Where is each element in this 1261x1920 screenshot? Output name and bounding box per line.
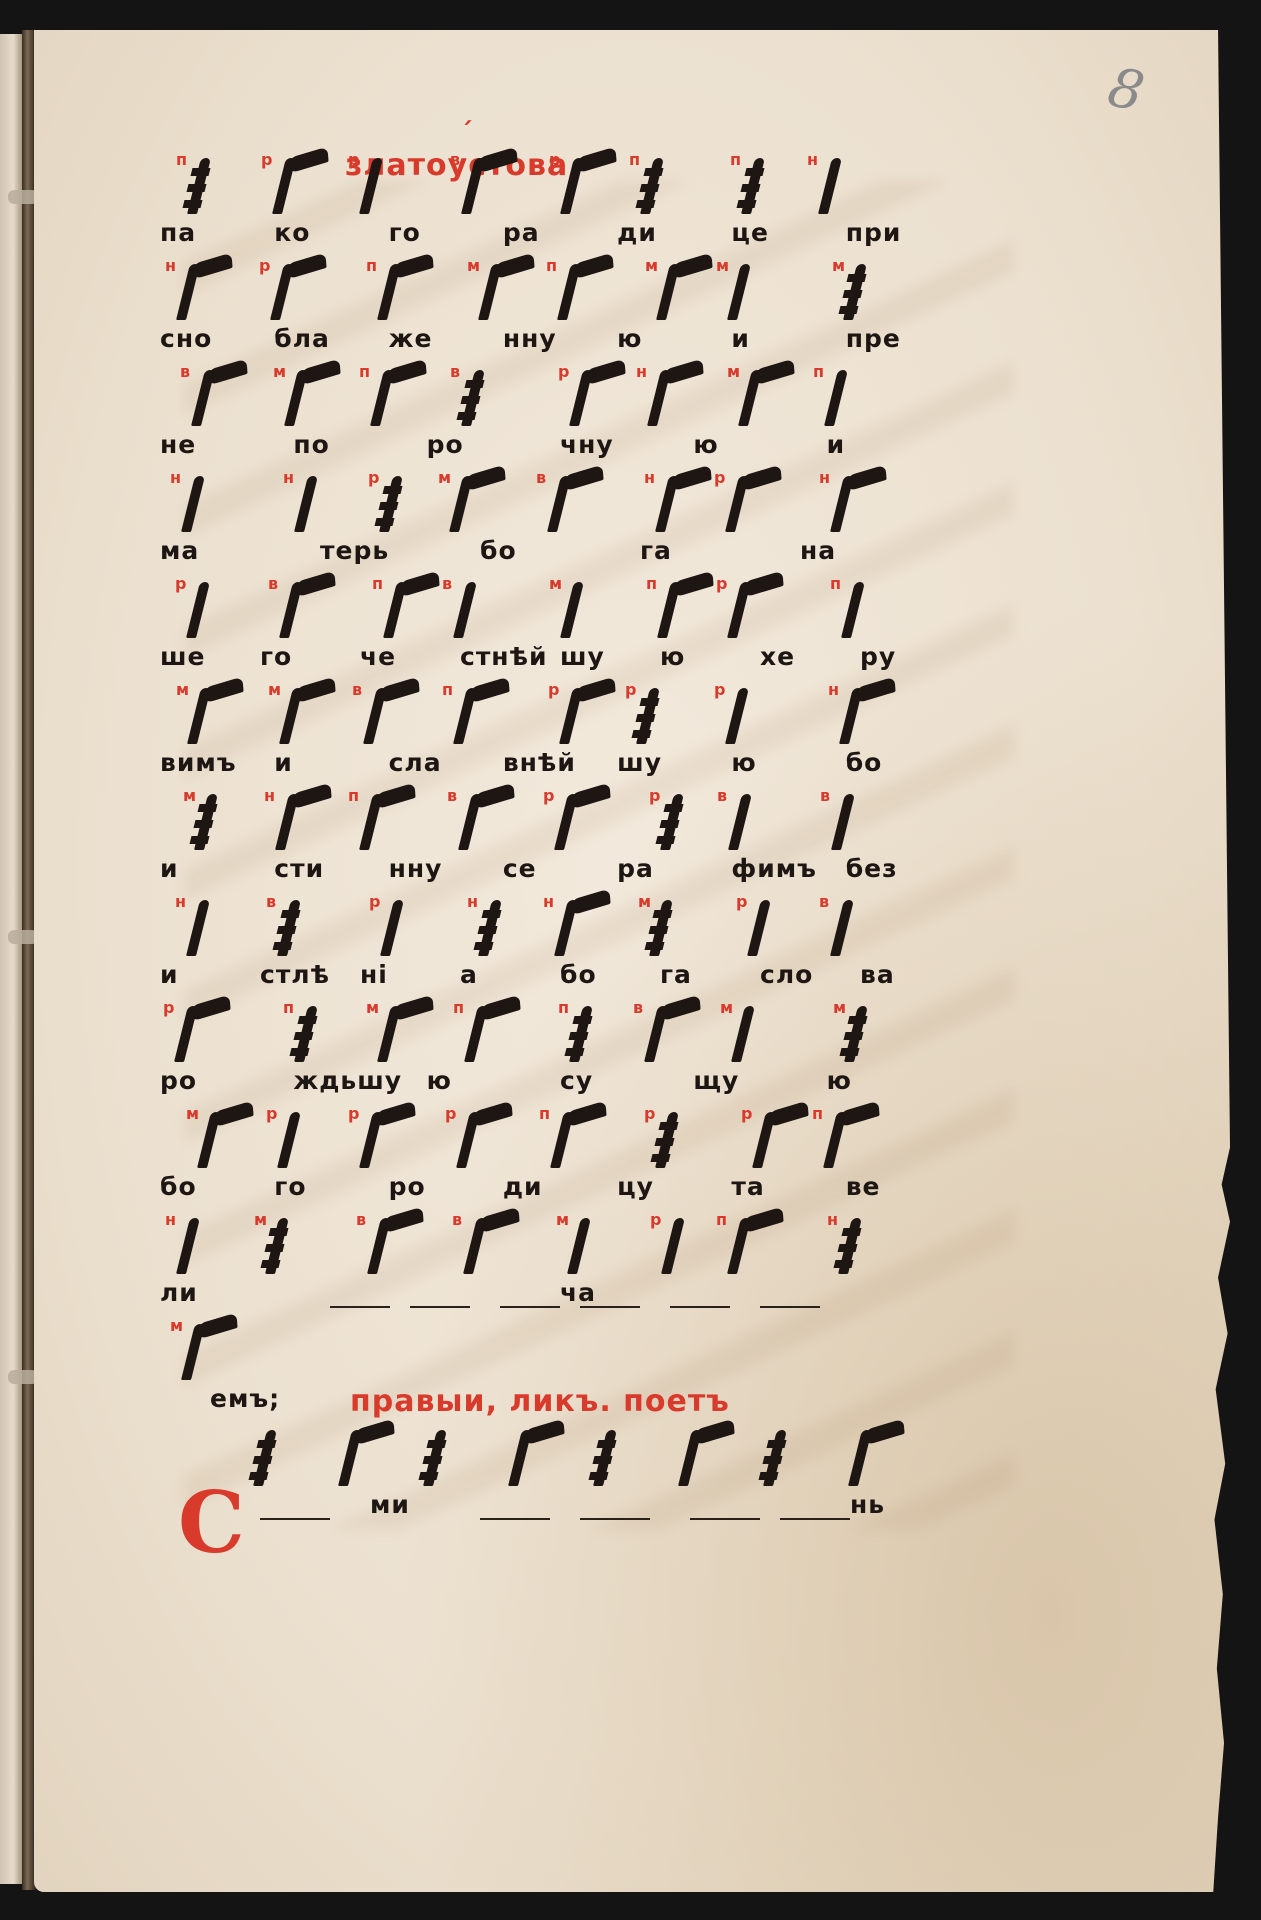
red-pitch-mark: н	[165, 1210, 176, 1229]
melisma-line	[780, 1518, 850, 1520]
red-pitch-mark: м	[366, 998, 379, 1017]
previous-leaf-edge	[0, 34, 23, 1884]
neume-sign	[644, 1006, 668, 1062]
neume-sign	[738, 370, 762, 426]
syllable: стлѣ	[260, 960, 330, 989]
syllable: ми	[370, 1490, 410, 1519]
syllable: и	[827, 430, 846, 459]
syllable: ру	[860, 642, 896, 671]
neume-sign	[359, 1112, 383, 1168]
neume-sign	[464, 1006, 488, 1062]
red-pitch-mark: р	[445, 1104, 456, 1123]
syllable: сти	[274, 854, 324, 883]
neume-sign	[725, 476, 749, 532]
syllable-line: непорочнуюи	[150, 430, 980, 464]
neume-sign	[186, 582, 210, 638]
red-pitch-mark: в	[268, 574, 278, 593]
syllable: ю	[617, 324, 642, 353]
neume-sign	[383, 582, 407, 638]
syllable: су	[560, 1066, 593, 1095]
syllable: хе	[760, 642, 795, 671]
red-pitch-mark: м	[467, 256, 480, 275]
neume-row: нмввмрпн	[150, 1210, 980, 1280]
red-pitch-mark: п	[629, 150, 640, 169]
syllable: ю	[693, 430, 718, 459]
neume-sign	[187, 688, 211, 744]
neume-row: рпмппвмм	[150, 998, 980, 1068]
chant-line: рвпвмпрпшегочестнѣйшуюхеру	[150, 574, 980, 680]
red-pitch-mark: р	[741, 1104, 752, 1123]
red-pitch-mark: в	[820, 786, 830, 805]
neume-sign	[844, 1006, 868, 1062]
red-pitch-mark: м	[254, 1210, 267, 1229]
melisma-line	[480, 1518, 550, 1520]
syllable: щу	[693, 1066, 739, 1095]
syllable-line: пакогорадицепри	[150, 218, 980, 252]
red-pitch-mark: м	[645, 256, 658, 275]
red-pitch-mark: п	[359, 362, 370, 381]
syllable: и	[160, 854, 179, 883]
neume-sign	[187, 158, 211, 214]
syllable-line: богородицутаве	[150, 1172, 980, 1206]
neume-sign	[727, 1218, 751, 1274]
neume-sign	[763, 1430, 787, 1486]
red-pitch-mark: м	[833, 998, 846, 1017]
melisma-line	[760, 1306, 820, 1308]
neume-sign	[747, 900, 771, 956]
syllable-line: шегочестнѣйшуюхеру	[150, 642, 980, 676]
red-pitch-mark: м	[716, 256, 729, 275]
neume-sign	[560, 582, 584, 638]
melisma-line	[690, 1518, 760, 1520]
neume-sign	[363, 688, 387, 744]
neume-sign	[186, 900, 210, 956]
folio-number: 8	[1103, 55, 1150, 124]
red-pitch-mark: м	[438, 468, 451, 487]
neume-sign	[277, 1112, 301, 1168]
red-pitch-mark: п	[442, 680, 453, 699]
red-pitch-mark: н	[543, 892, 554, 911]
syllable: ше	[160, 642, 206, 671]
red-pitch-mark: в	[442, 574, 452, 593]
syllable: пре	[846, 324, 901, 353]
red-pitch-mark: в	[450, 362, 460, 381]
syllable: же	[389, 324, 433, 353]
red-pitch-mark: р	[649, 786, 660, 805]
syllable: на	[800, 536, 836, 565]
neume-sign	[557, 264, 581, 320]
neume-sign	[636, 688, 660, 744]
melisma-line	[670, 1306, 730, 1308]
red-pitch-mark: м	[549, 574, 562, 593]
red-pitch-mark: п	[546, 256, 557, 275]
neume-row: мнпвррвв	[150, 786, 980, 856]
red-pitch-mark: м	[727, 362, 740, 381]
chant-line: мемъ;правыи, ликъ. поетъ	[150, 1316, 980, 1422]
neume-row: рвпвмпрп	[150, 574, 980, 644]
red-pitch-mark: п	[372, 574, 383, 593]
red-pitch-mark: р	[625, 680, 636, 699]
neume-sign	[359, 794, 383, 850]
red-pitch-mark: н	[264, 786, 275, 805]
red-pitch-mark: м	[273, 362, 286, 381]
neume-sign	[839, 688, 863, 744]
neume-row: нврннмрв	[150, 892, 980, 962]
neume-row: ннрмвнрн	[150, 468, 980, 538]
red-pitch-mark: р	[369, 892, 380, 911]
red-pitch-mark: р	[266, 1104, 277, 1123]
syllable: ро	[427, 430, 464, 459]
syllable: ве	[846, 1172, 881, 1201]
neume-sign	[656, 264, 680, 320]
red-pitch-mark: в	[266, 892, 276, 911]
chant-line: нрпмпмммсноблаженнуюипре	[150, 256, 980, 362]
red-pitch-mark: в	[633, 998, 643, 1017]
red-pitch-mark: п	[558, 998, 569, 1017]
neume-sign	[463, 1218, 487, 1274]
neume-sign	[174, 1006, 198, 1062]
red-initial: С	[178, 1478, 248, 1568]
red-pitch-mark: р	[716, 574, 727, 593]
syllable: бо	[846, 748, 883, 777]
neume-sign	[277, 900, 301, 956]
neume-row	[150, 1422, 980, 1492]
red-pitch-mark: п	[539, 1104, 550, 1123]
red-pitch-mark: в	[536, 468, 546, 487]
neume-row: нрпмпммм	[150, 256, 980, 326]
syllable: ю	[731, 748, 756, 777]
red-pitch-mark: р	[348, 150, 359, 169]
syllable: ко	[274, 218, 310, 247]
neume-sign	[197, 1112, 221, 1168]
neume-sign	[377, 1006, 401, 1062]
syllable: ю	[827, 1066, 852, 1095]
neume-sign	[640, 158, 664, 214]
syllable: па	[160, 218, 196, 247]
red-pitch-mark: п	[646, 574, 657, 593]
red-pitch-mark: м	[832, 256, 845, 275]
syllable-line: вимъиславнѣйшуюбо	[150, 748, 980, 782]
red-pitch-mark: р	[259, 256, 270, 275]
syllable: ю	[427, 1066, 452, 1095]
syllable: бо	[560, 960, 597, 989]
red-pitch-mark: п	[830, 574, 841, 593]
syllable: при	[846, 218, 902, 247]
neume-sign	[841, 582, 865, 638]
red-pitch-mark: в	[450, 150, 460, 169]
neume-sign	[458, 794, 482, 850]
syllable-line: сноблаженнуюипре	[150, 324, 980, 358]
syllable: чну	[560, 430, 614, 459]
chant-line: мрррпррпбогородицутаве	[150, 1104, 980, 1210]
syllable: вимъ	[160, 748, 237, 777]
neume-sign	[508, 1430, 532, 1486]
neume-sign	[824, 370, 848, 426]
syllable: и	[160, 960, 179, 989]
syllable: емъ;	[210, 1384, 280, 1413]
red-pitch-mark: м	[638, 892, 651, 911]
red-pitch-mark: в	[447, 786, 457, 805]
neume-sign	[655, 1112, 679, 1168]
neume-sign	[284, 370, 308, 426]
melisma-line	[410, 1306, 470, 1308]
neume-sign	[727, 582, 751, 638]
red-pitch-mark: м	[176, 680, 189, 699]
neume-sign	[554, 900, 578, 956]
red-pitch-mark: н	[165, 256, 176, 275]
neume-sign	[449, 476, 473, 532]
neume-sign	[456, 1112, 480, 1168]
syllable: бо	[480, 536, 517, 565]
syllable: се	[503, 854, 537, 883]
syllable-line: лича	[150, 1278, 980, 1312]
red-pitch-mark: п	[176, 150, 187, 169]
syllable-line: емъ;правыи, ликъ. поетъ	[150, 1384, 980, 1418]
neume-row: м	[150, 1316, 980, 1386]
neume-sign	[731, 1006, 755, 1062]
red-pitch-mark: в	[452, 1210, 462, 1229]
neume-sign	[275, 794, 299, 850]
syllable: че	[360, 642, 396, 671]
neume-sign	[453, 582, 477, 638]
rubric-instruction: правыи, ликъ. поетъ	[350, 1384, 730, 1419]
neume-sign	[370, 370, 394, 426]
syllable: нну	[389, 854, 443, 883]
neume-sign	[191, 370, 215, 426]
neume-sign	[367, 1218, 391, 1274]
binding-stitch	[8, 190, 38, 204]
syllable: та	[731, 1172, 764, 1201]
red-pitch-mark: р	[714, 468, 725, 487]
red-pitch-mark: р	[368, 468, 379, 487]
binding-stitch	[8, 1370, 38, 1384]
neume-row: ммвпрррн	[150, 680, 980, 750]
syllable: терь	[320, 536, 389, 565]
neume-sign	[377, 264, 401, 320]
red-pitch-mark: м	[268, 680, 281, 699]
red-pitch-mark: н	[636, 362, 647, 381]
neume-sign	[831, 794, 855, 850]
red-pitch-mark: р	[163, 998, 174, 1017]
red-pitch-mark: н	[175, 892, 186, 911]
neume-sign	[649, 900, 673, 956]
syllable: по	[293, 430, 329, 459]
syllable: ва	[860, 960, 895, 989]
chant-line: мнпвррввистиннусерафимъбез	[150, 786, 980, 892]
red-pitch-mark: в	[356, 1210, 366, 1229]
chant-line: вмпврнмпнепорочнуюи	[150, 362, 980, 468]
neume-sign	[554, 794, 578, 850]
red-pitch-mark: р	[348, 1104, 359, 1123]
neume-sign	[270, 264, 294, 320]
neume-sign	[593, 1430, 617, 1486]
neume-sign	[461, 158, 485, 214]
syllable: бла	[274, 324, 330, 353]
syllable-line: матерьбогана	[150, 536, 980, 570]
neume-sign	[567, 1218, 591, 1274]
red-pitch-mark: п	[716, 1210, 727, 1229]
red-pitch-mark: р	[548, 680, 559, 699]
neume-sign	[569, 370, 593, 426]
chant-line: ннрмвнрнматерьбогана	[150, 468, 980, 574]
red-pitch-mark: п	[730, 150, 741, 169]
red-pitch-mark: в	[717, 786, 727, 805]
neume-sign	[547, 476, 571, 532]
red-pitch-mark: р	[714, 680, 725, 699]
red-pitch-mark: р	[650, 1210, 661, 1229]
neume-sign	[550, 1112, 574, 1168]
syllable: и	[274, 748, 293, 777]
syllable: ли	[160, 1278, 198, 1307]
syllable: ю	[660, 642, 685, 671]
neume-sign	[423, 1430, 447, 1486]
red-pitch-mark: н	[819, 468, 830, 487]
syllable-line: рождьшуюсущую	[150, 1066, 980, 1100]
heading-accent: ́	[473, 118, 474, 148]
final-chant-line: минь	[150, 1422, 980, 1528]
neume-sign	[379, 476, 403, 532]
chant-line: пррврппнпакогорадицепри	[150, 150, 980, 256]
red-pitch-mark: п	[812, 1104, 823, 1123]
red-pitch-mark: м	[183, 786, 196, 805]
red-pitch-mark: п	[813, 362, 824, 381]
binding-stitch	[8, 930, 38, 944]
syllable: внѣй	[503, 748, 576, 777]
syllable: сла	[389, 748, 442, 777]
melisma-line	[580, 1518, 650, 1520]
red-pitch-mark: м	[170, 1316, 183, 1335]
red-pitch-mark: м	[186, 1104, 199, 1123]
syllable: ди	[503, 1172, 543, 1201]
chant-line: ммвпрррнвимъиславнѣйшуюбо	[150, 680, 980, 786]
neume-sign	[338, 1430, 362, 1486]
neume-sign	[569, 1006, 593, 1062]
red-pitch-mark: в	[180, 362, 190, 381]
red-pitch-mark: р	[261, 150, 272, 169]
syllable: без	[846, 854, 898, 883]
red-pitch-mark: п	[283, 998, 294, 1017]
neume-sign	[728, 794, 752, 850]
neume-sign	[265, 1218, 289, 1274]
neume-sign	[461, 370, 485, 426]
melisma-line	[500, 1306, 560, 1308]
neume-sign	[655, 476, 679, 532]
neume-sign	[657, 582, 681, 638]
syllable: га	[640, 536, 672, 565]
syllable: бо	[160, 1172, 197, 1201]
neume-sign	[647, 370, 671, 426]
syllable-line: истиннусерафимъбез	[150, 854, 980, 888]
syllable: ра	[617, 854, 654, 883]
red-pitch-mark: н	[467, 892, 478, 911]
red-pitch-mark: в	[352, 680, 362, 699]
chant-text-block: пррврппнпакогорадицепринрпмпмммсноблажен…	[150, 150, 980, 1528]
neume-sign	[279, 688, 303, 744]
syllable: стнѣй	[460, 642, 548, 671]
red-pitch-mark: р	[175, 574, 186, 593]
syllable: го	[274, 1172, 306, 1201]
neume-sign	[727, 264, 751, 320]
neume-sign	[660, 794, 684, 850]
red-pitch-mark: в	[819, 892, 829, 911]
neume-sign	[253, 1430, 277, 1486]
neume-row: вмпврнмп	[150, 362, 980, 432]
neume-sign	[478, 900, 502, 956]
neume-sign	[181, 476, 205, 532]
syllable: ма	[160, 536, 199, 565]
syllable: го	[389, 218, 421, 247]
syllable: фимъ	[731, 854, 817, 883]
syllable: не	[160, 430, 196, 459]
syllable: ро	[160, 1066, 197, 1095]
neume-sign	[661, 1218, 685, 1274]
neume-sign	[823, 1112, 847, 1168]
neume-sign	[752, 1112, 776, 1168]
neume-sign	[848, 1430, 872, 1486]
syllable: шу	[617, 748, 662, 777]
red-pitch-mark: н	[644, 468, 655, 487]
syllable: ні	[360, 960, 388, 989]
syllable: нну	[503, 324, 557, 353]
neume-sign	[818, 158, 842, 214]
chant-line: рпмппвммрождьшуюсущую	[150, 998, 980, 1104]
neume-sign	[176, 1218, 200, 1274]
red-pitch-mark: н	[283, 468, 294, 487]
red-pitch-mark: м	[720, 998, 733, 1017]
neume-sign	[559, 688, 583, 744]
syllable: ра	[503, 218, 540, 247]
red-pitch-mark: р	[736, 892, 747, 911]
chant-line: нврннмрвистлѣніабогаслова	[150, 892, 980, 998]
syllable: це	[731, 218, 769, 247]
red-pitch-mark: р	[549, 150, 560, 169]
neume-sign	[560, 158, 584, 214]
red-pitch-mark: р	[644, 1104, 655, 1123]
syllable: ро	[389, 1172, 426, 1201]
syllable: сно	[160, 324, 212, 353]
syllable: ча	[560, 1278, 596, 1307]
syllable-line: истлѣніабогаслова	[150, 960, 980, 994]
red-pitch-mark: н	[170, 468, 181, 487]
red-pitch-mark: п	[348, 786, 359, 805]
neume-sign	[380, 900, 404, 956]
syllable: го	[260, 642, 292, 671]
neume-sign	[194, 794, 218, 850]
syllable: шу	[560, 642, 605, 671]
syllable: га	[660, 960, 692, 989]
neume-sign	[678, 1430, 702, 1486]
chant-line: нмввмрпнлича	[150, 1210, 980, 1316]
red-pitch-mark: н	[827, 1210, 838, 1229]
neume-sign	[453, 688, 477, 744]
neume-sign	[279, 582, 303, 638]
neume-sign	[294, 1006, 318, 1062]
syllable: нь	[850, 1490, 885, 1519]
syllable: сло	[760, 960, 813, 989]
red-pitch-mark: р	[543, 786, 554, 805]
neume-sign	[176, 264, 200, 320]
neume-sign	[272, 158, 296, 214]
binding-gutter	[22, 30, 36, 1890]
neume-sign	[838, 1218, 862, 1274]
neume-row: пррврппн	[150, 150, 980, 220]
red-pitch-mark: р	[558, 362, 569, 381]
syllable: а	[460, 960, 478, 989]
neume-sign	[181, 1324, 205, 1380]
syllable: цу	[617, 1172, 654, 1201]
neume-sign	[725, 688, 749, 744]
neume-sign	[478, 264, 502, 320]
